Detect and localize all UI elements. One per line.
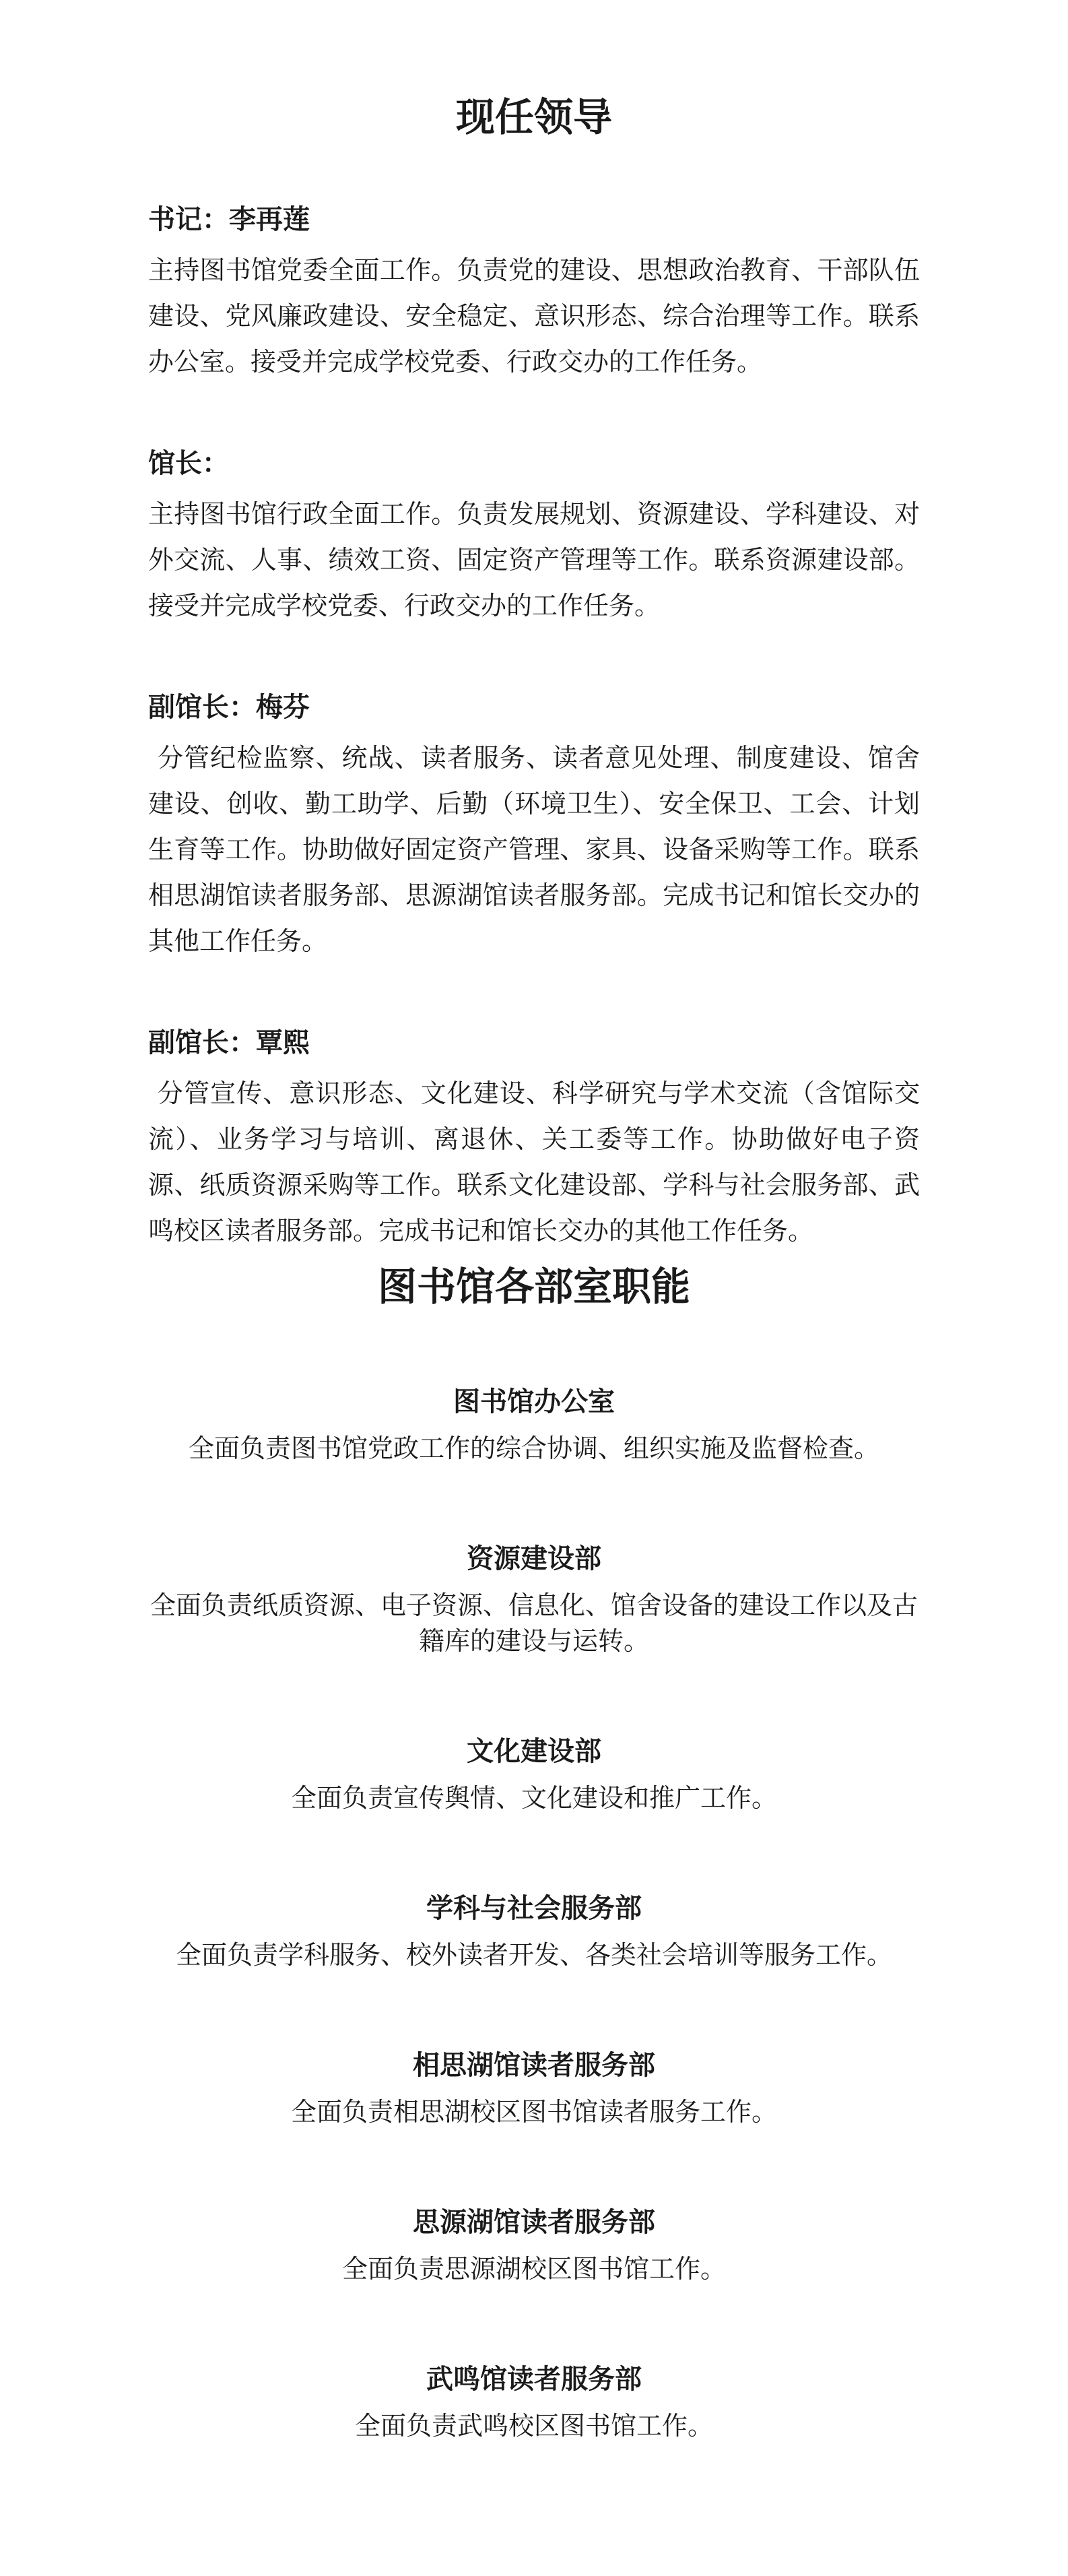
leader-duty-text: 主持图书馆行政全面工作。负责发展规划、资源建设、学科建设、对外交流、人事、绩效工… — [148, 492, 920, 629]
leader-role-heading: 副馆长：梅芬 — [148, 690, 920, 725]
department-name-heading: 文化建设部 — [148, 1734, 920, 1769]
dept-section-xiangsihu-reader-service: 相思湖馆读者服务部 全面负责相思湖校区图书馆读者服务工作。 — [148, 2048, 920, 2131]
department-duty-text: 全面负责图书馆党政工作的综合协调、组织实施及监督检查。 — [148, 1431, 920, 1467]
department-name-heading: 图书馆办公室 — [148, 1384, 920, 1419]
document-content: 现任领导 书记：李再莲 主持图书馆党委全面工作。负责党的建设、思想政治教育、干部… — [148, 94, 920, 2445]
leader-role-heading: 书记：李再莲 — [148, 202, 920, 237]
leader-role-heading: 副馆长：覃熙 — [148, 1025, 920, 1060]
page-title-current-leaders: 现任领导 — [148, 94, 920, 141]
department-duty-text: 全面负责相思湖校区图书馆读者服务工作。 — [148, 2095, 920, 2131]
department-name-heading: 学科与社会服务部 — [148, 1891, 920, 1926]
document-page: 现任领导 书记：李再莲 主持图书馆党委全面工作。负责党的建设、思想政治教育、干部… — [0, 0, 1068, 2576]
department-duty-text: 全面负责学科服务、校外读者开发、各类社会培训等服务工作。 — [148, 1938, 920, 1974]
leader-duty-text: 主持图书馆党委全面工作。负责党的建设、思想政治教育、干部队伍建设、党风廉政建设、… — [148, 248, 920, 385]
dept-section-wuming-reader-service: 武鸣馆读者服务部 全面负责武鸣校区图书馆工作。 — [148, 2362, 920, 2445]
department-duty-text: 全面负责思源湖校区图书馆工作。 — [148, 2252, 920, 2288]
leader-section-deputy-director-1: 副馆长：梅芬 分管纪检监察、统战、读者服务、读者意见处理、制度建设、馆舍建设、创… — [148, 690, 920, 965]
leader-duty-text: 分管纪检监察、统战、读者服务、读者意见处理、制度建设、馆舍建设、创收、勤工助学、… — [148, 736, 920, 965]
leader-section-secretary: 书记：李再莲 主持图书馆党委全面工作。负责党的建设、思想政治教育、干部队伍建设、… — [148, 202, 920, 385]
page-title-departments: 图书馆各部室职能 — [148, 1264, 920, 1311]
leader-role-heading: 馆长： — [148, 446, 920, 481]
department-duty-text: 全面负责宣传舆情、文化建设和推广工作。 — [148, 1781, 920, 1817]
leader-duty-text: 分管宣传、意识形态、文化建设、科学研究与学术交流（含馆际交流）、业务学习与培训、… — [148, 1071, 920, 1254]
department-name-heading: 武鸣馆读者服务部 — [148, 2362, 920, 2397]
dept-section-office: 图书馆办公室 全面负责图书馆党政工作的综合协调、组织实施及监督检查。 — [148, 1384, 920, 1467]
leader-section-director: 馆长： 主持图书馆行政全面工作。负责发展规划、资源建设、学科建设、对外交流、人事… — [148, 446, 920, 629]
dept-section-subject-social-service: 学科与社会服务部 全面负责学科服务、校外读者开发、各类社会培训等服务工作。 — [148, 1891, 920, 1974]
dept-section-resource-construction: 资源建设部 全面负责纸质资源、电子资源、信息化、馆舍设备的建设工作以及古籍库的建… — [148, 1541, 920, 1660]
department-duty-text: 全面负责武鸣校区图书馆工作。 — [148, 2409, 920, 2445]
dept-section-culture-construction: 文化建设部 全面负责宣传舆情、文化建设和推广工作。 — [148, 1734, 920, 1817]
department-name-heading: 相思湖馆读者服务部 — [148, 2048, 920, 2083]
department-name-heading: 资源建设部 — [148, 1541, 920, 1576]
leader-section-deputy-director-2: 副馆长：覃熙 分管宣传、意识形态、文化建设、科学研究与学术交流（含馆际交流）、业… — [148, 1025, 920, 1254]
department-duty-text: 全面负责纸质资源、电子资源、信息化、馆舍设备的建设工作以及古籍库的建设与运转。 — [148, 1588, 920, 1660]
department-name-heading: 思源湖馆读者服务部 — [148, 2205, 920, 2240]
dept-section-siyuanhu-reader-service: 思源湖馆读者服务部 全面负责思源湖校区图书馆工作。 — [148, 2205, 920, 2288]
